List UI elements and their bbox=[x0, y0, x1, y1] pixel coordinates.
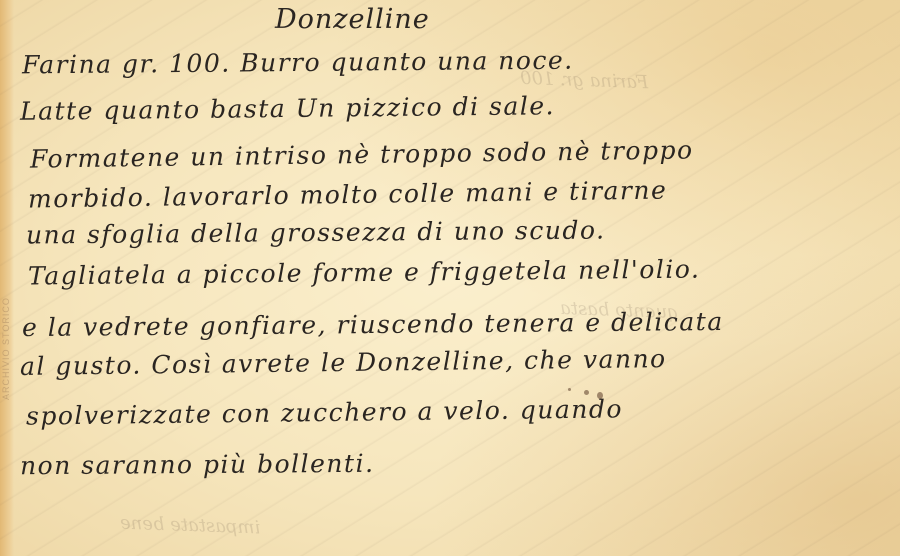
margin-watermark: ARCHIVIO STORICO bbox=[1, 200, 13, 400]
bleed-through-text: impastate bene bbox=[120, 513, 261, 539]
recipe-line: spolverizzate con zucchero a velo. quand… bbox=[26, 394, 623, 430]
recipe-line: non saranno più bollenti. bbox=[20, 449, 375, 480]
recipe-line: morbido. lavorarlo molto colle mani e ti… bbox=[28, 176, 668, 214]
recipe-title: Donzelline bbox=[275, 4, 430, 35]
recipe-line: Latte quanto basta Un pizzico di sale. bbox=[20, 91, 555, 126]
recipe-page: ARCHIVIO STORICO Farina gr. 100 quanto b… bbox=[0, 0, 900, 556]
recipe-line: Farina gr. 100. Burro quanto una noce. bbox=[22, 46, 574, 80]
recipe-line: al gusto. Così avrete le Donzelline, che… bbox=[20, 344, 667, 381]
ink-stain bbox=[568, 388, 571, 391]
recipe-line: e la vedrete gonfiare, riuscendo tenera … bbox=[22, 307, 724, 342]
recipe-line: Tagliatela a piccole forme e friggetela … bbox=[28, 254, 701, 290]
recipe-line: una sfoglia della grossezza di uno scudo… bbox=[26, 215, 606, 249]
recipe-line: Formatene un intriso nè troppo sodo nè t… bbox=[30, 135, 694, 173]
